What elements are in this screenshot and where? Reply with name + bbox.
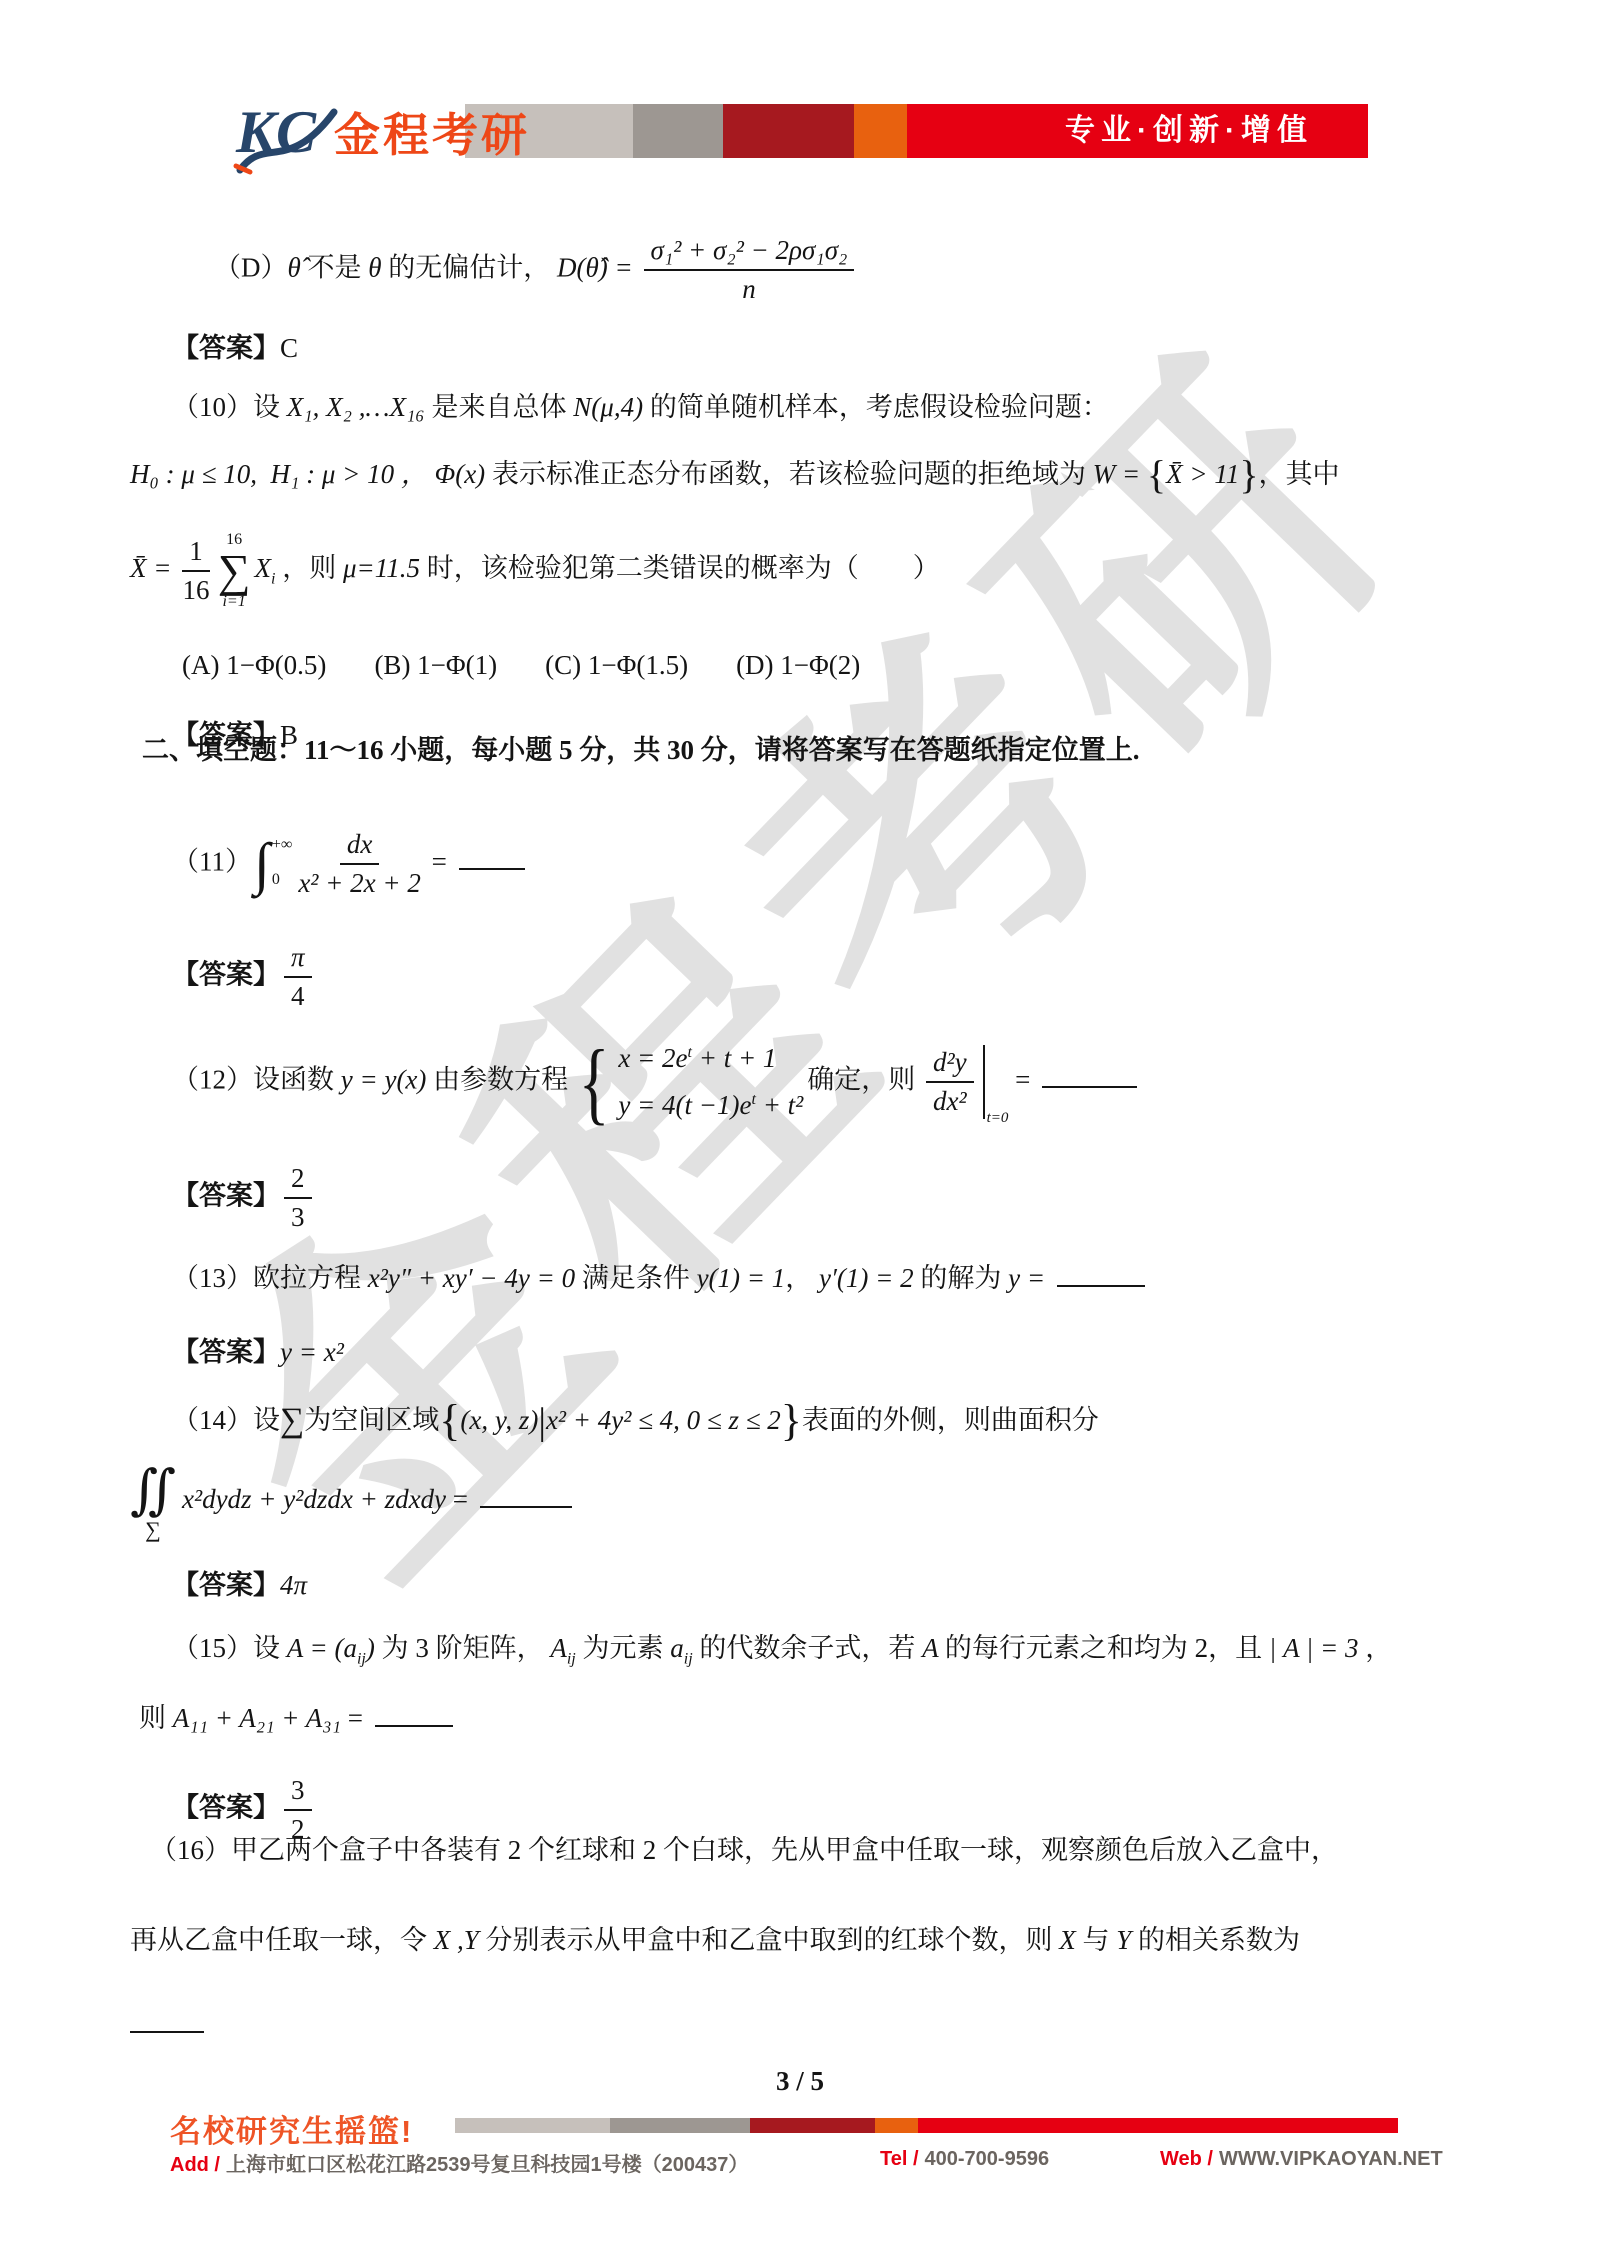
footer-color-bar: [455, 2118, 1398, 2133]
header-slogan: 专业·创新·增值: [907, 104, 1368, 158]
q12-function: y = y(x): [341, 1064, 433, 1094]
variance-numerator: σ₁² + σ₂² − 2ρσ₁σ₂: [644, 235, 855, 271]
integral-icon: ∫: [254, 835, 270, 893]
footer-bar-segment-gray: [610, 2118, 750, 2133]
integrand-denominator: x² + 2x + 2: [298, 865, 421, 899]
q10-text-6: 时，该检验犯第二类错误的概率为（ ）: [427, 553, 940, 583]
theta-hat: θ̂: [288, 252, 308, 282]
region-constraints: x² + 4y² ≤ 4, 0 ≤ z ≤ 2: [546, 1405, 781, 1435]
q14-text-2: 表面的外侧，则曲面积分: [802, 1405, 1099, 1435]
answer-label: 【答案】: [172, 1792, 280, 1822]
left-brace: {: [1147, 449, 1166, 501]
address-value: 上海市虹口区松花江路2539号复旦科技园1号楼（200437）: [226, 2154, 748, 2176]
sigma-icon: ∑: [218, 548, 251, 594]
q15-prefix: （15）设: [172, 1633, 287, 1663]
matrix-subscript-2: ij: [567, 1650, 576, 1667]
right-brace: }: [1239, 449, 1258, 501]
footer-telephone: Tel /400-700-9596: [880, 2148, 1049, 2171]
q10-text-5: ，则: [275, 553, 343, 583]
q16-variables: X ,Y: [434, 1925, 486, 1955]
equals-sign: =: [425, 846, 454, 876]
q10-text-4: ，其中: [1259, 459, 1340, 489]
header-bar-segment-darkred: [723, 104, 854, 158]
answer-blank: [480, 1501, 572, 1508]
answer-blank: [1042, 1081, 1137, 1088]
answer-blank: [1057, 1280, 1145, 1287]
equals-sign: =: [341, 1703, 370, 1733]
q16-text-1: 再从乙盒中任取一球，令: [130, 1925, 434, 1955]
determinant-value: | A | = 3: [1269, 1633, 1365, 1663]
option-d: (D) 1−Φ(2): [736, 650, 860, 680]
footer-address: Add /上海市虹口区松花江路2539号复旦科技园1号楼（200437）: [170, 2148, 748, 2177]
question-16-line-2: 再从乙盒中任取一球，令 X ,Y 分别表示从甲盒中和乙盒中取到的红球个数，则 X…: [103, 1888, 1300, 1993]
header-bar-segment-red: 专业·创新·增值: [907, 104, 1368, 158]
xi-base: X: [255, 553, 272, 583]
frac-numerator: 1: [182, 536, 210, 572]
derivative-numerator: d²y: [926, 1047, 974, 1083]
q15-text-4: 的每行元素之和均为 2，且: [945, 1633, 1269, 1663]
q15-then: 则: [139, 1703, 173, 1733]
answer-blank: [375, 1720, 453, 1727]
q15-comma: ，: [1365, 1633, 1392, 1663]
theta: θ: [368, 252, 388, 282]
element-symbol: a: [670, 1633, 684, 1663]
equals-sign: =: [446, 1484, 475, 1514]
q12-text-1: 由参数方程: [433, 1064, 568, 1094]
section-2-heading: 二、填空题：11～16 小题，每小题 5 分，共 30 分，请将答案写在答题纸指…: [142, 733, 1140, 768]
q13-text-1: 满足条件: [582, 1263, 697, 1293]
parametric-equations: {x = 2et + t + 1y = 4(t −1)et + t²: [572, 1041, 803, 1123]
q11-label: （11）: [172, 846, 252, 876]
logo-brand-name: 金程考研: [334, 99, 530, 165]
option-d-text-2: 的无偏估计，: [388, 252, 557, 282]
option-a: (A) 1−Φ(0.5): [182, 650, 326, 680]
cofactor-symbol: A: [550, 1633, 567, 1663]
question-16-line-1: （16）甲乙两个盒子中各装有 2 个红球和 2 个白球，先从甲盒中任取一球，观察…: [150, 1833, 1338, 1868]
answer-label: 【答案】: [172, 1180, 280, 1210]
matrix-def: A = (a: [287, 1633, 357, 1663]
logo: KC 金程考研: [236, 94, 530, 170]
q12-text-2: 确定，则: [807, 1064, 922, 1094]
website-label: Web /: [1160, 2148, 1213, 2170]
footer-bar-segment-orange: [875, 2118, 918, 2133]
integral-upper-limit: +∞: [272, 835, 292, 856]
page-number: 3 / 5: [0, 2066, 1600, 2097]
matrix-def-close: ): [366, 1633, 382, 1663]
q10-hypotheses: H₀ : μ ≤ 10, H₁ : μ > 10 ，: [130, 459, 435, 489]
surface-integrand: x²dydz + y²dzdx + zdxdy: [182, 1484, 446, 1514]
footer-contact-row: Add /上海市虹口区松花江路2539号复旦科技园1号楼（200437） Tel…: [0, 2148, 1600, 2178]
option-d-label: （D）: [214, 252, 288, 282]
q13-comma: ，: [785, 1263, 819, 1293]
matrix-subscript-1: ij: [357, 1650, 366, 1667]
derivative-denominator: dx²: [933, 1083, 967, 1117]
telephone-value: 400-700-9596: [925, 2148, 1050, 2170]
param-y-rest: + t²: [756, 1090, 803, 1120]
answer-15-numerator: 3: [284, 1775, 312, 1811]
variance-denominator: n: [742, 271, 756, 305]
telephone-label: Tel /: [880, 2148, 919, 2170]
q16-text-4: 的相关系数为: [1138, 1925, 1300, 1955]
answer-12-fraction: 23: [284, 1163, 312, 1233]
header-bar-segment-orange: [854, 104, 907, 158]
q15-text-1: 为 3 阶矩阵，: [382, 1633, 551, 1663]
one-over-16-fraction: 116: [182, 536, 210, 606]
condition-1: y(1) = 1: [697, 1263, 786, 1293]
variance-fraction: σ₁² + σ₂² − 2ρσ₁σ₂n: [644, 235, 855, 305]
param-x-rest: + t + 1: [692, 1043, 776, 1073]
integral: ∫+∞0: [254, 835, 292, 893]
answer-blank: [130, 2026, 204, 2033]
frac-denominator: 16: [182, 572, 209, 606]
xbar-lhs: X̄ =: [130, 553, 178, 583]
answer-label: 【答案】: [172, 959, 280, 989]
evaluation-bar: t=0: [978, 1045, 1009, 1119]
footer-bar-segment-darkred: [750, 2118, 875, 2133]
q16-text-2: 分别表示从甲盒中和乙盒中取到的红球个数，则: [486, 1925, 1060, 1955]
double-integral-icon: ∬: [130, 1463, 176, 1517]
variance-lhs: D(θ̂) =: [557, 252, 639, 282]
q10-rejection-set: X̄ > 11: [1166, 459, 1239, 489]
param-x-lhs: x = 2e: [618, 1043, 687, 1073]
matrix-subscript-3: ij: [684, 1650, 693, 1667]
option-c: (C) 1−Φ(1.5): [545, 650, 688, 680]
answer-11-numerator: π: [284, 942, 312, 978]
vertical-bar: [983, 1045, 985, 1119]
condition-2: y′(1) = 2: [819, 1263, 920, 1293]
footer-bar-segment-red: [918, 2118, 1398, 2133]
integral-lower-limit: 0: [272, 870, 292, 891]
question-16-blank-line: [103, 1972, 204, 2077]
website-value: WWW.VIPKAOYAN.NET: [1219, 2148, 1443, 2170]
q15-text-3: 的代数余子式，若: [693, 1633, 923, 1663]
solution-lhs: y =: [1008, 1263, 1052, 1293]
answer-12-numerator: 2: [284, 1163, 312, 1199]
option-d-text-1: 不是: [308, 252, 369, 282]
logo-kc-text: KC: [236, 99, 316, 165]
footer-bar-segment-lightgray: [455, 2118, 610, 2133]
q10-rejection-lhs: W =: [1093, 459, 1147, 489]
answer-11-fraction: π4: [284, 942, 312, 1012]
double-integral: ∬∑: [130, 1463, 176, 1541]
q13-prefix: （13）欧拉方程: [172, 1263, 368, 1293]
q10-phi: Φ(x): [435, 459, 492, 489]
integrand-numerator: dx: [340, 829, 379, 865]
header-bar-segment-gray: [633, 104, 723, 158]
q15-text-2: 为元素: [576, 1633, 671, 1663]
sum-lower-limit: i=1: [222, 594, 245, 610]
euler-equation: x²y″ + xy′ − 4y = 0: [368, 1263, 582, 1293]
option-b: (B) 1−Φ(1): [374, 650, 497, 680]
equals-sign: =: [1008, 1064, 1037, 1094]
integrand-fraction: dxx² + 2x + 2: [298, 829, 421, 899]
address-label: Add /: [170, 2154, 220, 2176]
right-brace: }: [781, 1392, 802, 1449]
mu-value: μ=11.5: [343, 553, 427, 583]
param-y-lhs: y = 4(t −1)e: [618, 1090, 751, 1120]
header-color-bar: 专业·创新·增值: [465, 104, 1368, 158]
matrix-a: A: [922, 1633, 945, 1663]
footer-website: Web /WWW.VIPKAOYAN.NET: [1160, 2148, 1443, 2171]
second-derivative-fraction: d²ydx²: [926, 1047, 974, 1117]
answer-blank: [459, 863, 525, 870]
logo-kc-monogram: KC: [236, 102, 322, 162]
q16-x: X: [1059, 1925, 1082, 1955]
footer-brand-slogan: 名校研究生摇篮!: [170, 2106, 413, 2151]
q13-text-2: 的解为: [920, 1263, 1008, 1293]
evaluation-condition: t=0: [987, 1109, 1009, 1129]
summation: 16∑i=1: [218, 532, 251, 610]
q16-text-3: 与: [1083, 1925, 1117, 1955]
q16-y: Y: [1116, 1925, 1138, 1955]
q12-prefix: （12）设函数: [172, 1064, 341, 1094]
cofactor-sum: A₁₁ + A₂₁ + A₃₁: [173, 1703, 341, 1733]
document-page: 金程考研 KC 金程考研 专业·创新·增值 （D）θ̂ 不是 θ 的无偏估计， …: [0, 0, 1600, 2263]
cases-brace: {: [579, 1043, 610, 1121]
q10-text-3: 表示标准正态分布函数，若该检验问题的拒绝域为: [492, 459, 1093, 489]
